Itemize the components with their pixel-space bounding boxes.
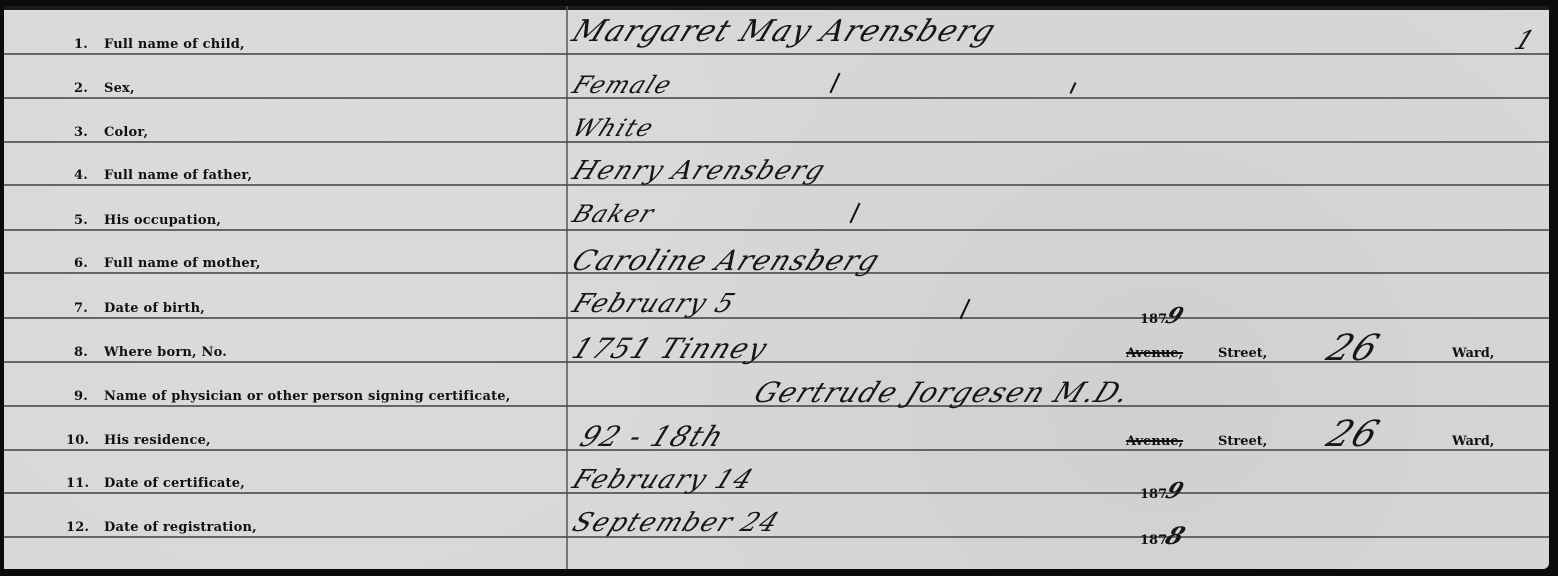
check-mark [1070,82,1077,94]
field-label-birthplace: 8.Where born, No. [74,345,227,360]
value-birth-date: February 5 [568,289,740,319]
birth-year: 1879 [1140,303,1184,329]
field-label-color: 3.Color, [74,125,148,140]
field-label-registration-date: 12.Date of registration, [66,520,257,535]
check-mark [849,203,860,224]
top-border-rule [4,6,1549,10]
value-occupation: Baker [568,200,659,228]
field-label-father-name: 4.Full name of father, [74,168,252,183]
value-physician: Gertrude Jorgesen M.D. [749,376,1135,409]
rule-line [4,449,1549,451]
field-label-physician: 9.Name of physician or other person sign… [74,389,511,404]
value-residence: 92 - 18th [575,420,730,453]
rule-line [4,229,1549,231]
avenue-label-struck: Avenue, [1126,434,1183,449]
certificate-year: 1879 [1140,478,1184,504]
rule-line [4,361,1549,363]
check-mark [829,73,840,94]
entry-number: 1 [1510,26,1540,56]
field-label-occupation: 5.His occupation, [74,213,221,228]
value-birthplace: 1751 Tinney [567,332,773,365]
registration-year: 1878 [1140,521,1185,550]
street-label: Street, [1218,346,1267,361]
field-label-birth-date: 7.Date of birth, [74,301,205,316]
rule-line [4,317,1549,319]
field-label-mother-name: 6.Full name of mother, [74,256,261,271]
value-registration-date: September 24 [568,508,784,538]
rule-line [4,536,1549,538]
avenue-label-struck: Avenue, [1126,346,1183,361]
rule-line [4,141,1549,143]
rule-line [4,97,1549,99]
value-color: White [568,114,658,142]
rule-line [4,53,1549,55]
field-label-sex: 2.Sex, [74,81,135,96]
rule-line [4,492,1549,494]
field-label-child-name: 1.Full name of child, [74,37,245,52]
ward-label: Ward, [1452,434,1494,449]
value-sex: Female [568,71,677,99]
field-label-certificate-date: 11.Date of certificate, [66,476,245,491]
column-divider [566,6,568,569]
value-father-name: Henry Arensberg [568,156,831,186]
street-label: Street, [1218,434,1267,449]
value-certificate-date: February 14 [568,465,758,495]
field-label-residence: 10.His residence, [66,433,211,448]
register-page: 1.Full name of child, 2.Sex, 3.Color, 4.… [4,6,1549,569]
value-child-name: Margaret May Arensberg [567,14,1002,49]
value-mother-name: Caroline Arensberg [567,244,885,277]
ward-label: Ward, [1452,346,1494,361]
